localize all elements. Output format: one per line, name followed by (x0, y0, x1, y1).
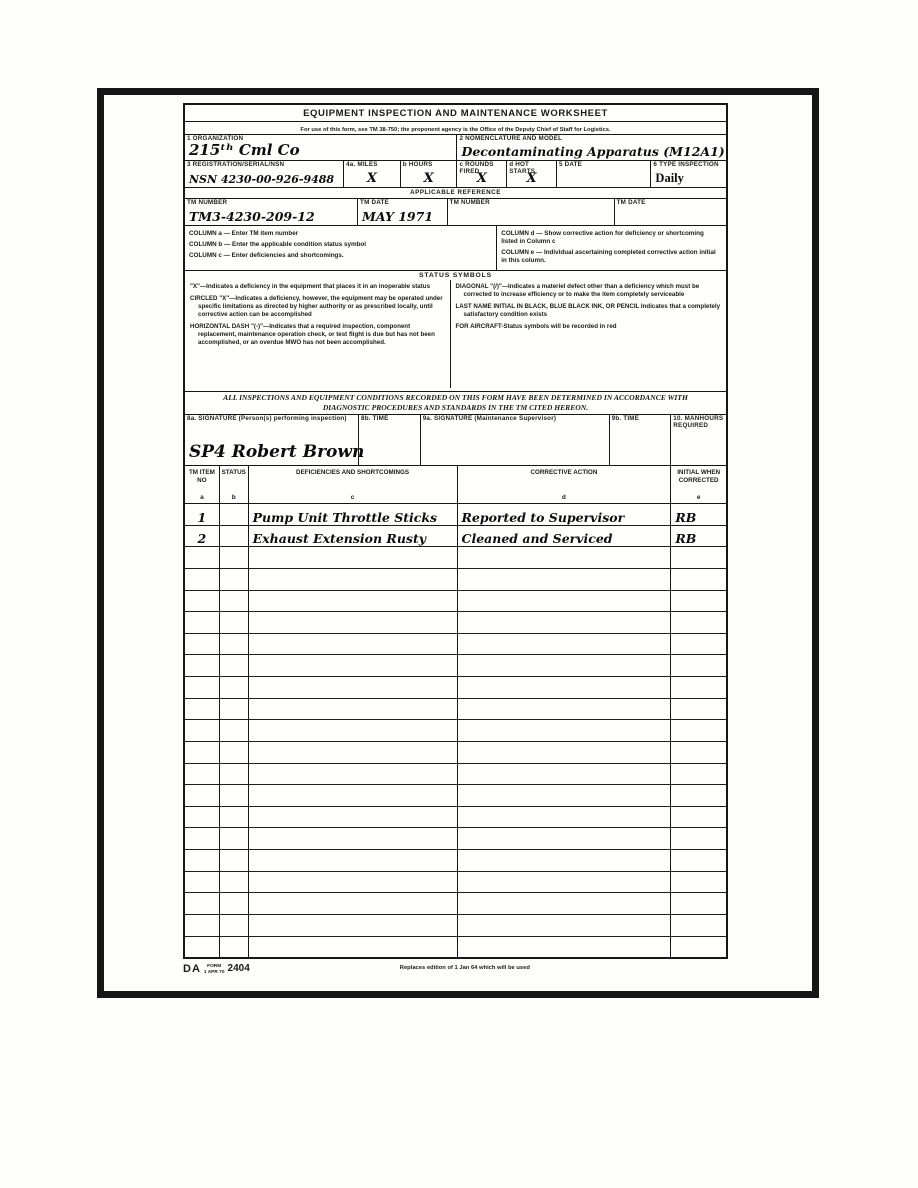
cell-corrective-action[interactable] (458, 612, 672, 633)
organization-row: 1 ORGANIZATION 215ᵗʰ Cml Co 2 NOMENCLATU… (185, 135, 726, 161)
hours-value[interactable]: X (401, 171, 457, 186)
cell-status[interactable] (220, 699, 249, 720)
inspector-time-field[interactable]: 8b. TIME (359, 415, 421, 465)
header-status: STATUS b (220, 466, 249, 503)
cell-corrective-action-value: Reported to Supervisor (462, 510, 625, 525)
inspector-signature-label: 8a. SIGNATURE (Person(s) performing insp… (185, 415, 358, 424)
tm-number-1-value[interactable]: TM3-4230-209-12 (189, 209, 315, 224)
registration-row: 3 REGISTRATION/SERIAL/NSN NSN 4230-00-92… (185, 161, 726, 188)
cell-initial-value: RB (675, 531, 696, 546)
registration-field[interactable]: 3 REGISTRATION/SERIAL/NSN NSN 4230-00-92… (185, 161, 344, 187)
cell-corrective-action-value: Cleaned and Serviced (462, 531, 613, 546)
status-symbols-left: "X"—Indicates a deficiency in the equipm… (185, 280, 451, 388)
table-row (185, 872, 726, 894)
supervisor-signature-label: 9a. SIGNATURE (Maintenance Supervisor) (421, 415, 609, 424)
rounds-fired-value[interactable]: X (457, 171, 506, 186)
cell-corrective-action[interactable] (458, 634, 672, 655)
column-instructions-left: COLUMN a — Enter TM item number COLUMN b… (185, 226, 497, 270)
table-row (185, 764, 726, 786)
table-row (185, 893, 726, 915)
tm-date-2-label: TM DATE (615, 199, 726, 208)
cell-tm-item-no[interactable] (185, 807, 220, 828)
date-field[interactable]: 5 DATE (557, 161, 651, 187)
table-row (185, 547, 726, 569)
header-tm-item-no: TM ITEM NO a (185, 466, 220, 503)
form-subtitle: For use of this form, see TM 38-750; the… (193, 125, 718, 133)
instruction-column-b: COLUMN b — Enter the applicable conditio… (189, 241, 492, 249)
tm-number-1-field[interactable]: TM NUMBER TM3-4230-209-12 (185, 199, 358, 225)
table-row (185, 850, 726, 872)
rounds-fired-field[interactable]: c ROUNDS FIRED X (457, 161, 507, 187)
cell-tm-item-no[interactable] (185, 634, 220, 655)
status-symbols-header: STATUS SYMBOLS (185, 271, 726, 280)
cell-initial[interactable] (671, 872, 726, 893)
cell-initial[interactable] (671, 720, 726, 741)
organization-value[interactable]: 215ᵗʰ Cml Co (189, 141, 300, 159)
form-title: EQUIPMENT INSPECTION AND MAINTENANCE WOR… (185, 108, 726, 119)
hot-starts-field[interactable]: d HOT STARTS X (507, 161, 557, 187)
cell-status[interactable] (220, 937, 249, 958)
inspector-signature-field[interactable]: 8a. SIGNATURE (Person(s) performing insp… (185, 415, 359, 465)
cell-tm-item-no[interactable] (185, 850, 220, 871)
cell-tm-item-no[interactable] (185, 828, 220, 849)
nomenclature-field[interactable]: 2 NOMENCLATURE AND MODEL Decontaminating… (457, 135, 726, 160)
worksheet-table-header: TM ITEM NO a STATUS b DEFICIENCIES AND S… (185, 466, 726, 504)
cell-corrective-action[interactable] (458, 872, 672, 893)
cell-status[interactable] (220, 547, 249, 568)
cell-tm-item-no[interactable] (185, 785, 220, 806)
organization-field[interactable]: 1 ORGANIZATION 215ᵗʰ Cml Co (185, 135, 457, 160)
form-word: FORM (207, 964, 221, 969)
scanned-page: EQUIPMENT INSPECTION AND MAINTENANCE WOR… (0, 0, 918, 1188)
cell-deficiency-value: Exhaust Extension Rusty (253, 531, 426, 546)
cell-status[interactable] (220, 850, 249, 871)
header-initial-when-corrected-letter: e (671, 494, 726, 503)
cell-deficiency[interactable] (249, 893, 458, 914)
cell-corrective-action[interactable]: Cleaned and Serviced (458, 526, 672, 547)
tm-number-2-field[interactable]: TM NUMBER (448, 199, 615, 225)
header-tm-item-no-letter: a (185, 494, 219, 503)
hot-starts-value[interactable]: X (507, 171, 556, 186)
type-inspection-value[interactable]: Daily (655, 171, 683, 186)
type-inspection-field[interactable]: 6 TYPE INSPECTION Daily (651, 161, 726, 187)
form-edition: FORM 1 APR 70 (204, 964, 225, 975)
header-deficiencies-letter: c (249, 494, 457, 503)
header-initial-when-corrected: INITIAL WHEN CORRECTED e (671, 466, 726, 503)
cell-deficiency[interactable] (249, 785, 458, 806)
inspector-time-label: 8b. TIME (359, 415, 420, 424)
registration-label: 3 REGISTRATION/SERIAL/NSN (185, 161, 343, 170)
cell-corrective-action[interactable] (458, 828, 672, 849)
cell-initial[interactable] (671, 677, 726, 698)
cell-initial[interactable] (671, 612, 726, 633)
header-deficiencies-label: DEFICIENCIES AND SHORTCOMINGS (249, 469, 457, 477)
inspector-signature-value[interactable]: SP4 Robert Brown (189, 442, 364, 462)
cell-tm-item-no[interactable] (185, 547, 220, 568)
hours-label: b HOURS (401, 161, 457, 170)
status-symbol-last-name-initial: LAST NAME INITIAL IN BLACK, BLUE BLACK I… (464, 303, 721, 319)
cell-deficiency[interactable] (249, 612, 458, 633)
cell-deficiency[interactable] (249, 872, 458, 893)
cell-status[interactable] (220, 764, 249, 785)
nomenclature-value[interactable]: Decontaminating Apparatus (M12A1) (461, 144, 724, 159)
certification-statement: ALL INSPECTIONS AND EQUIPMENT CONDITIONS… (185, 392, 726, 415)
registration-value[interactable]: NSN 4230-00-926-9488 (189, 173, 334, 186)
cell-initial[interactable] (671, 785, 726, 806)
cell-deficiency[interactable] (249, 677, 458, 698)
title-divider (185, 121, 726, 122)
cell-tm-item-no[interactable] (185, 569, 220, 590)
cell-initial[interactable] (671, 655, 726, 676)
miles-value[interactable]: X (344, 171, 400, 186)
cell-status[interactable] (220, 677, 249, 698)
table-row (185, 915, 726, 937)
worksheet-rows: 1Pump Unit Throttle SticksReported to Su… (185, 504, 726, 957)
cell-deficiency[interactable] (249, 547, 458, 568)
cell-deficiency[interactable]: Pump Unit Throttle Sticks (249, 504, 458, 525)
header-initial-when-corrected-label: INITIAL WHEN CORRECTED (671, 469, 726, 485)
cell-status[interactable] (220, 612, 249, 633)
header-deficiencies: DEFICIENCIES AND SHORTCOMINGS c (249, 466, 458, 503)
supervisor-time-field[interactable]: 9b. TIME (610, 415, 672, 465)
cell-tm-item-no[interactable] (185, 872, 220, 893)
cell-deficiency[interactable] (249, 807, 458, 828)
status-symbol-horizontal-dash: HORIZONTAL DASH "(-)"—Indicates that a r… (198, 323, 445, 347)
header-status-label: STATUS (220, 469, 248, 477)
cell-initial[interactable] (671, 699, 726, 720)
cell-tm-item-no[interactable] (185, 612, 220, 633)
cell-status[interactable] (220, 720, 249, 741)
cell-corrective-action[interactable] (458, 699, 672, 720)
cell-deficiency[interactable] (249, 720, 458, 741)
header-corrective-action-letter: d (458, 494, 671, 503)
cell-deficiency[interactable] (249, 699, 458, 720)
table-row (185, 655, 726, 677)
supervisor-time-label: 9b. TIME (610, 415, 671, 424)
form-number: 2404 (228, 963, 250, 974)
cell-status[interactable] (220, 526, 249, 547)
cell-tm-item-no[interactable] (185, 699, 220, 720)
table-row: 2Exhaust Extension RustyCleaned and Serv… (185, 526, 726, 548)
cell-deficiency[interactable] (249, 850, 458, 871)
miles-label: 4a. MILES (344, 161, 400, 170)
status-symbol-diagonal: DIAGONAL "(/)"—Indicates a materiel defe… (464, 283, 721, 299)
cell-corrective-action[interactable]: Reported to Supervisor (458, 504, 672, 525)
signature-row: 8a. SIGNATURE (Person(s) performing insp… (185, 415, 726, 466)
table-row (185, 807, 726, 829)
cell-corrective-action[interactable] (458, 807, 672, 828)
cell-status[interactable] (220, 742, 249, 763)
cell-initial[interactable] (671, 915, 726, 936)
cell-initial[interactable] (671, 591, 726, 612)
da-prefix: DA (183, 963, 201, 975)
table-row (185, 699, 726, 721)
header-corrective-action: CORRECTIVE ACTION d (458, 466, 672, 503)
manhours-field[interactable]: 10. MANHOURS REQUIRED (671, 415, 726, 465)
cell-tm-item-no[interactable]: 2 (185, 526, 220, 547)
cell-tm-item-no-value: 1 (185, 510, 219, 525)
cell-corrective-action[interactable] (458, 547, 672, 568)
cell-deficiency[interactable] (249, 591, 458, 612)
tm-date-2-field[interactable]: TM DATE (615, 199, 726, 225)
status-symbols-right: DIAGONAL "(/)"—Indicates a materiel defe… (451, 280, 726, 388)
cell-tm-item-no[interactable] (185, 720, 220, 741)
cell-corrective-action[interactable] (458, 915, 672, 936)
date-label: 5 DATE (557, 161, 650, 170)
cell-tm-item-no[interactable] (185, 742, 220, 763)
cell-status[interactable] (220, 569, 249, 590)
header-status-letter: b (220, 494, 248, 503)
cell-initial[interactable] (671, 937, 726, 958)
cell-initial[interactable] (671, 764, 726, 785)
instruction-column-d: COLUMN d — Show corrective action for de… (501, 230, 722, 246)
cell-initial[interactable] (671, 807, 726, 828)
cell-status[interactable] (220, 828, 249, 849)
instruction-column-e: COLUMN e — Individual ascertaining compl… (501, 249, 722, 265)
status-symbol-x: "X"—Indicates a deficiency in the equipm… (198, 283, 445, 291)
tm-number-1-label: TM NUMBER (185, 199, 357, 208)
tm-date-1-field[interactable]: TM DATE MAY 1971 (358, 199, 448, 225)
form-footer: DA FORM 1 APR 70 2404 Replaces edition o… (183, 963, 728, 975)
cell-deficiency[interactable] (249, 742, 458, 763)
cell-deficiency[interactable] (249, 915, 458, 936)
da-form-2404: EQUIPMENT INSPECTION AND MAINTENANCE WOR… (183, 103, 728, 959)
tm-date-1-value[interactable]: MAY 1971 (362, 209, 433, 224)
cell-initial[interactable] (671, 850, 726, 871)
cell-corrective-action[interactable] (458, 655, 672, 676)
cell-corrective-action[interactable] (458, 677, 672, 698)
cell-tm-item-no[interactable] (185, 655, 220, 676)
cell-initial[interactable] (671, 547, 726, 568)
cell-corrective-action[interactable] (458, 893, 672, 914)
status-symbol-aircraft: FOR AIRCRAFT-Status symbols will be reco… (464, 323, 721, 331)
cell-corrective-action[interactable] (458, 850, 672, 871)
table-row (185, 785, 726, 807)
miles-field[interactable]: 4a. MILES X (344, 161, 401, 187)
cell-deficiency[interactable] (249, 569, 458, 590)
cell-corrective-action[interactable] (458, 569, 672, 590)
cell-tm-item-no[interactable] (185, 915, 220, 936)
cell-initial[interactable] (671, 569, 726, 590)
cell-tm-item-no[interactable]: 1 (185, 504, 220, 525)
tm-number-2-label: TM NUMBER (448, 199, 614, 208)
cell-initial[interactable] (671, 634, 726, 655)
header-corrective-action-label: CORRECTIVE ACTION (458, 469, 671, 477)
instruction-column-c: COLUMN c — Enter deficiencies and shortc… (189, 252, 492, 260)
form-number-block: DA FORM 1 APR 70 2404 (183, 963, 250, 975)
cell-corrective-action[interactable] (458, 937, 672, 958)
cell-tm-item-no[interactable] (185, 764, 220, 785)
cell-tm-item-no[interactable] (185, 677, 220, 698)
cell-initial-value: RB (675, 510, 696, 525)
cell-corrective-action[interactable] (458, 720, 672, 741)
tm-date-1-label: TM DATE (358, 199, 447, 208)
cell-corrective-action[interactable] (458, 785, 672, 806)
cell-status[interactable] (220, 655, 249, 676)
cell-deficiency[interactable] (249, 828, 458, 849)
table-row (185, 828, 726, 850)
cell-deficiency[interactable] (249, 764, 458, 785)
table-row (185, 720, 726, 742)
cell-status[interactable] (220, 807, 249, 828)
cell-initial[interactable]: RB (671, 504, 726, 525)
applicable-reference-header: APPLICABLE REFERENCE (185, 188, 726, 199)
cell-initial[interactable] (671, 893, 726, 914)
table-row: 1Pump Unit Throttle SticksReported to Su… (185, 504, 726, 526)
column-instructions: COLUMN a — Enter TM item number COLUMN b… (185, 226, 726, 271)
nomenclature-label: 2 NOMENCLATURE AND MODEL (457, 135, 726, 144)
table-row (185, 937, 726, 958)
cell-initial[interactable]: RB (671, 526, 726, 547)
cell-status[interactable] (220, 634, 249, 655)
cell-tm-item-no-value: 2 (185, 531, 219, 546)
cell-status[interactable] (220, 915, 249, 936)
table-row (185, 591, 726, 613)
hours-field[interactable]: b HOURS X (401, 161, 458, 187)
cell-tm-item-no[interactable] (185, 937, 220, 958)
cell-status[interactable] (220, 591, 249, 612)
cell-initial[interactable] (671, 742, 726, 763)
column-instructions-right: COLUMN d — Show corrective action for de… (497, 226, 726, 270)
status-symbols-section: STATUS SYMBOLS "X"—Indicates a deficienc… (185, 271, 726, 392)
cell-status[interactable] (220, 504, 249, 525)
header-tm-item-no-label: TM ITEM NO (185, 469, 219, 485)
manhours-label: 10. MANHOURS REQUIRED (671, 415, 726, 431)
status-symbol-circled-x: CIRCLED "X"—Indicates a deficiency, howe… (198, 295, 445, 319)
cell-corrective-action[interactable] (458, 742, 672, 763)
cell-status[interactable] (220, 872, 249, 893)
cell-deficiency[interactable] (249, 634, 458, 655)
type-inspection-label: 6 TYPE INSPECTION (651, 161, 726, 170)
cell-initial[interactable] (671, 828, 726, 849)
cell-deficiency-value: Pump Unit Throttle Sticks (253, 510, 437, 525)
cell-status[interactable] (220, 893, 249, 914)
cell-deficiency[interactable]: Exhaust Extension Rusty (249, 526, 458, 547)
cell-deficiency[interactable] (249, 655, 458, 676)
table-row (185, 742, 726, 764)
table-row (185, 677, 726, 699)
cell-status[interactable] (220, 785, 249, 806)
cell-deficiency[interactable] (249, 937, 458, 958)
cell-corrective-action[interactable] (458, 764, 672, 785)
cell-tm-item-no[interactable] (185, 893, 220, 914)
table-row (185, 634, 726, 656)
form-date: 1 APR 70 (204, 970, 225, 975)
cell-corrective-action[interactable] (458, 591, 672, 612)
instruction-column-a: COLUMN a — Enter TM item number (189, 230, 492, 238)
table-row (185, 569, 726, 591)
form-title-block: EQUIPMENT INSPECTION AND MAINTENANCE WOR… (185, 105, 726, 135)
cell-tm-item-no[interactable] (185, 591, 220, 612)
replaces-note: Replaces edition of 1 Jan 64 which will … (400, 965, 530, 971)
supervisor-signature-field[interactable]: 9a. SIGNATURE (Maintenance Supervisor) (421, 415, 610, 465)
tm-reference-row: TM NUMBER TM3-4230-209-12 TM DATE MAY 19… (185, 199, 726, 226)
table-row (185, 612, 726, 634)
